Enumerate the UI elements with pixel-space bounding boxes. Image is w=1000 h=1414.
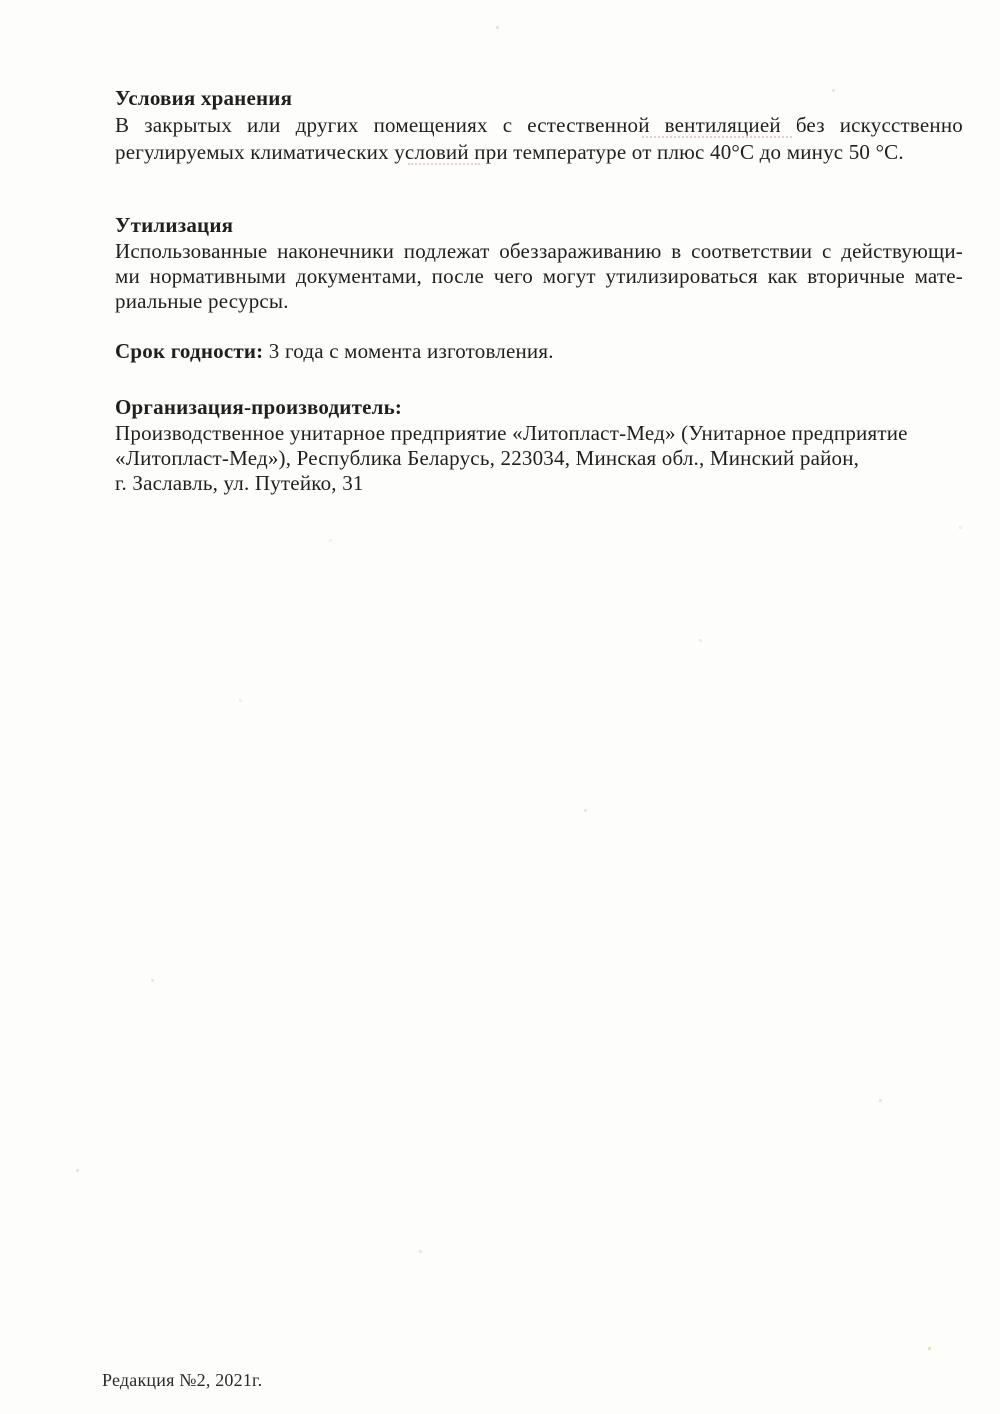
disposal-line: Использованные наконечники подлежат обез… xyxy=(115,239,963,264)
revision-note: Редакция №2, 2021г. xyxy=(102,1368,262,1392)
section-disposal: Утилизация Использованные наконечники по… xyxy=(115,212,963,314)
disposal-heading: Утилизация xyxy=(115,212,963,239)
scan-dust-speckles xyxy=(0,0,1,1)
section-shelf-life: Срок годности: 3 года с момента изготовл… xyxy=(115,338,963,365)
manufacturer-line: «Литопласт-Мед»), Республика Беларусь, 2… xyxy=(115,446,963,471)
scan-artifact-underline xyxy=(642,136,792,138)
manufacturer-heading: Организация-производитель: xyxy=(115,394,963,421)
disposal-line: риальные ресурсы. xyxy=(115,289,963,314)
scanned-document-page: Условия хранения В закрытых или других п… xyxy=(0,0,1000,1414)
manufacturer-line: г. Заславль, ул. Путейко, 31 xyxy=(115,471,963,496)
scan-artifact-underline xyxy=(408,163,480,165)
shelf-life-line: Срок годности: 3 года с момента изготовл… xyxy=(115,338,963,365)
disposal-line: ми нормативными документами, после чего … xyxy=(115,264,963,289)
manufacturer-line: Производственное унитарное предприятие «… xyxy=(115,421,963,446)
storage-conditions-heading: Условия хранения xyxy=(115,85,963,112)
storage-conditions-line: регулируемых климатических условий при т… xyxy=(115,139,963,166)
section-manufacturer: Организация-производитель: Производствен… xyxy=(115,394,963,496)
section-storage-conditions: Условия хранения В закрытых или других п… xyxy=(115,85,963,166)
shelf-life-value: 3 года с момента изготовления. xyxy=(263,339,553,363)
storage-conditions-line: В закрытых или других помещениях с естес… xyxy=(115,112,963,139)
shelf-life-label: Срок годности: xyxy=(115,339,263,363)
